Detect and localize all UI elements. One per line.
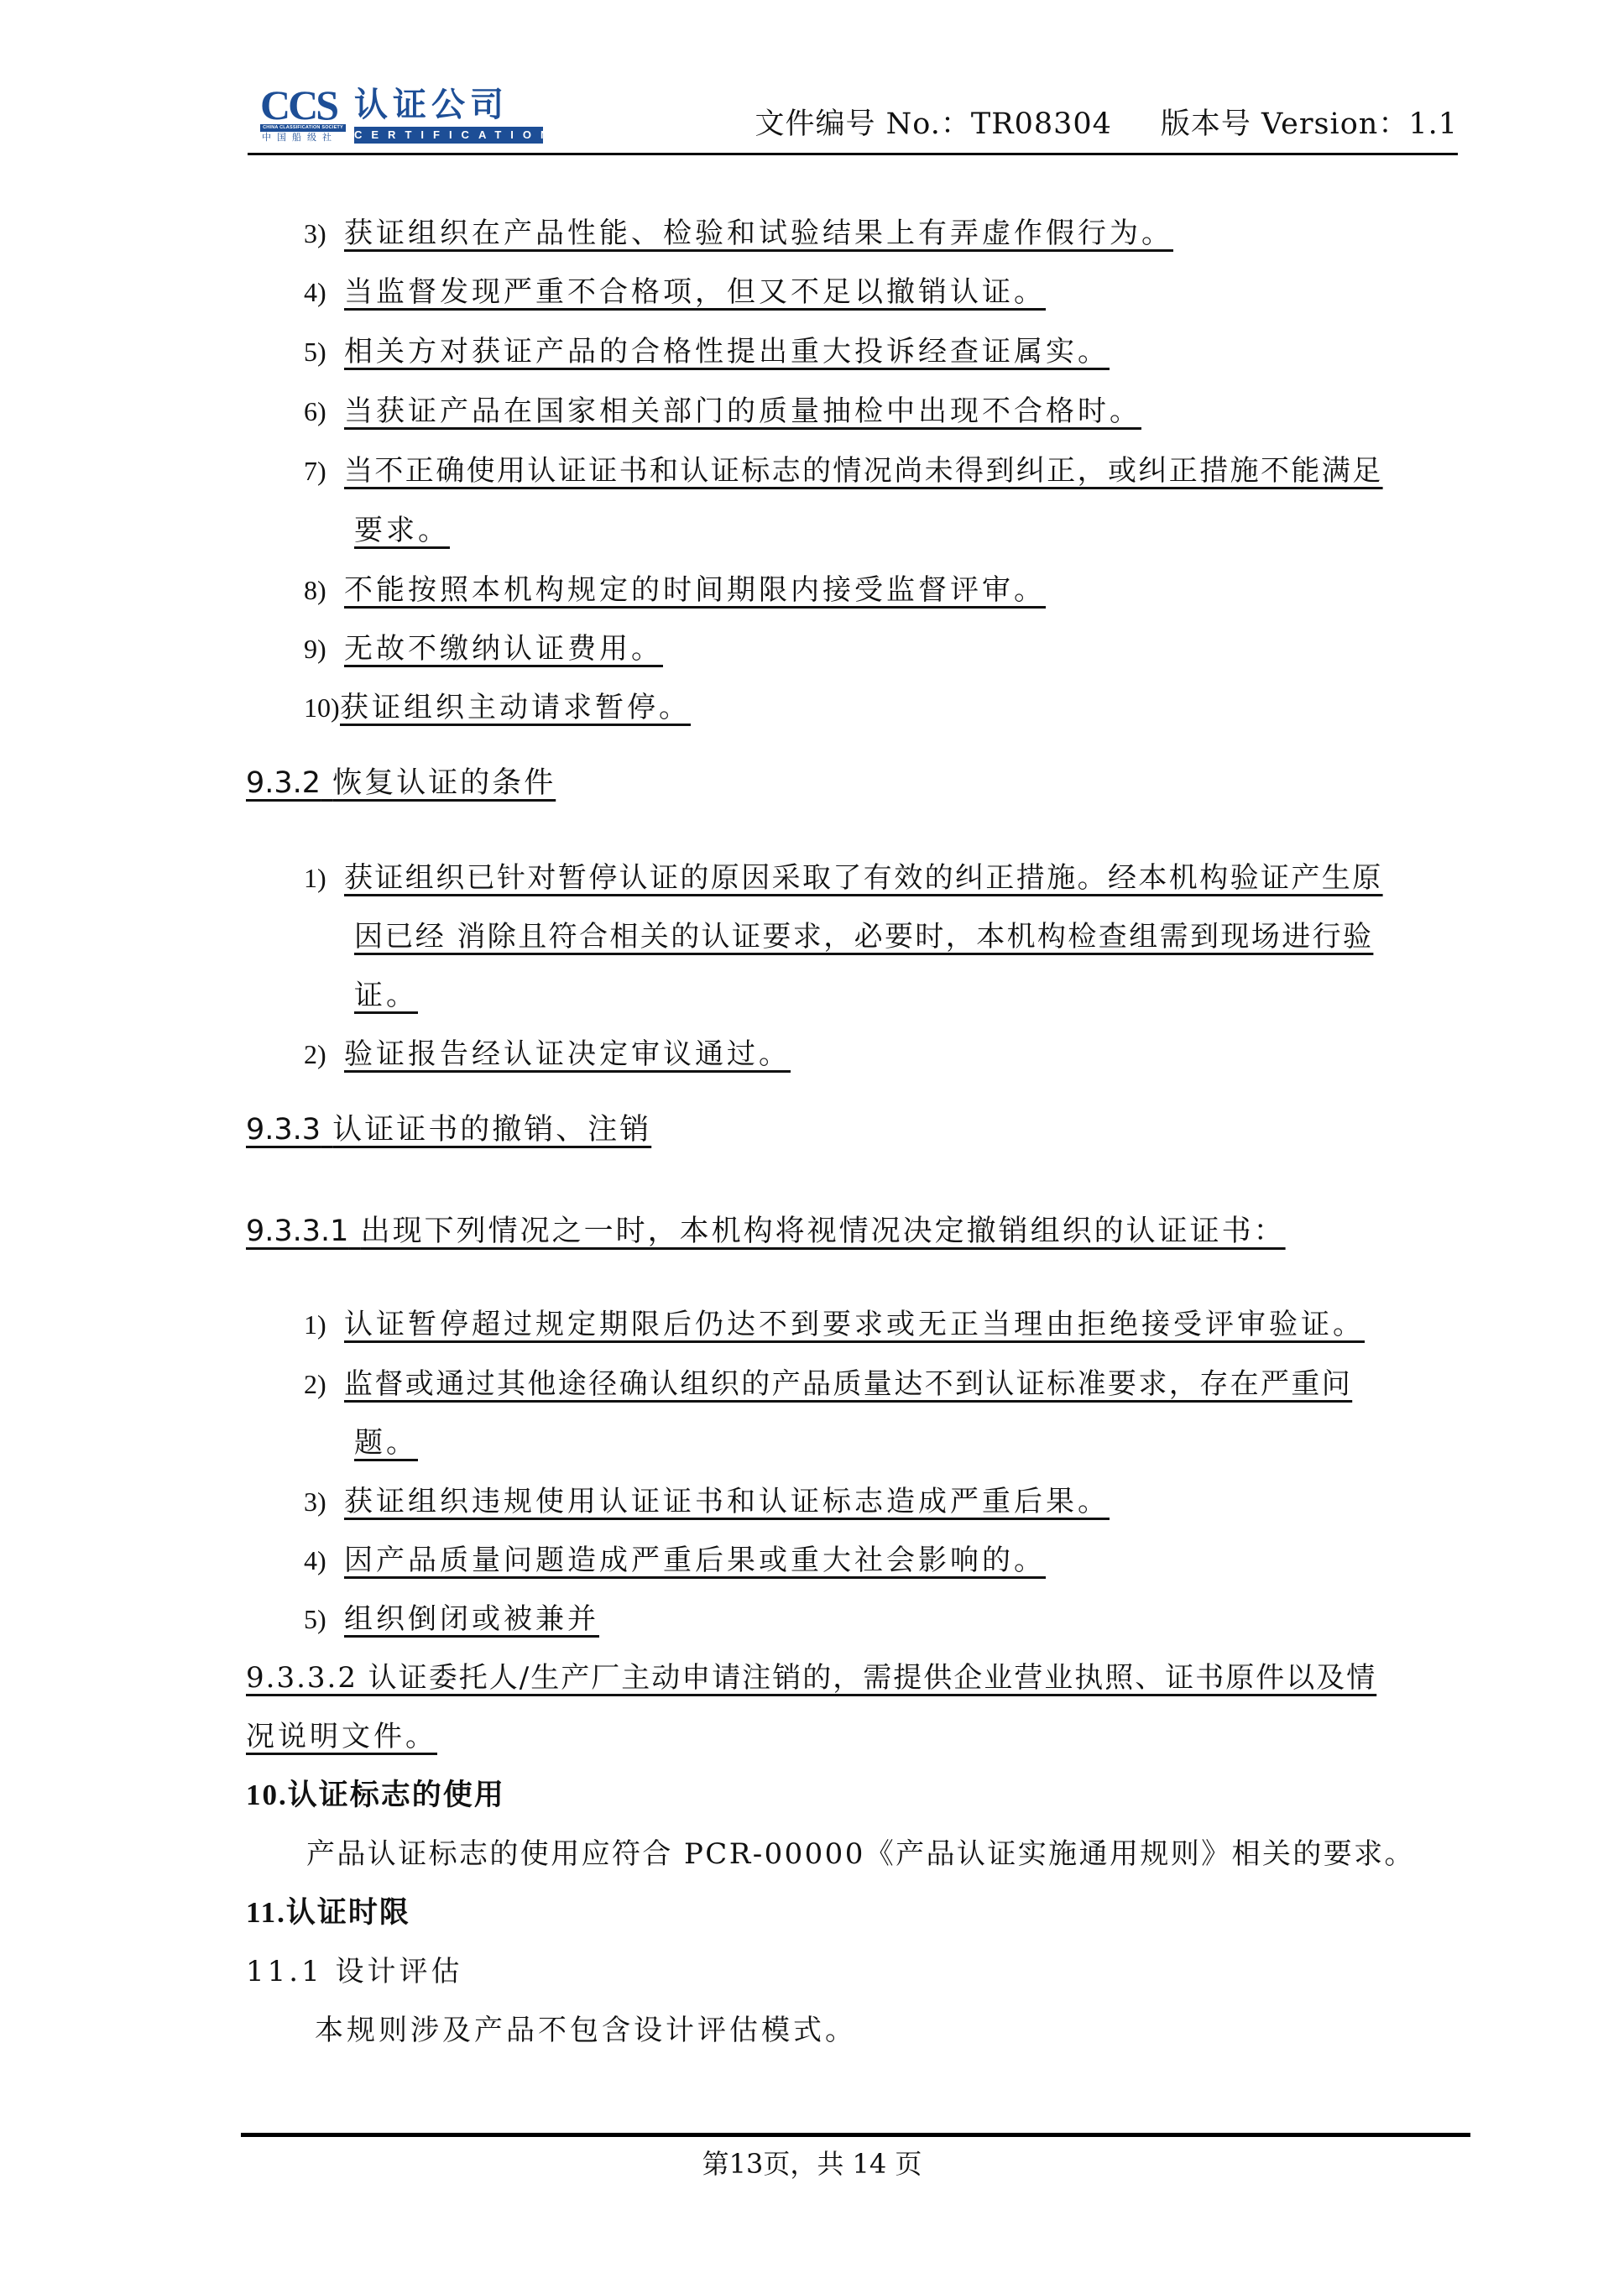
logo-company-en: CERTIFICATION — [354, 127, 543, 144]
section-heading-11: 11.认证时限 — [246, 1895, 410, 1931]
list-item: 无故不缴纳认证费用。 — [344, 631, 663, 666]
section-heading-10: 10.认证标志的使用 — [246, 1778, 505, 1813]
section-10-paragraph: 产品认证标志的使用应符合 PCR-00000《产品认证实施通用规则》相关的要求。 — [306, 1837, 1415, 1872]
list-item: 不能按照本机构规定的时间期限内接受监督评审。 — [344, 572, 1046, 608]
list-item-continuation: 要求。 — [354, 513, 450, 548]
version-number: 1.1 — [1408, 107, 1458, 141]
list-item-continuation: 证。 — [354, 978, 418, 1013]
list-item: 认证暂停超过规定期限后仍达不到要求或无正当理由拒绝接受评审验证。 — [344, 1307, 1365, 1342]
list-number: 2) — [304, 1037, 326, 1072]
logo-society-en: CHINA CLASSIFICATION SOCIETY — [260, 124, 346, 132]
section-9-3-3-2-continuation: 况说明文件。 — [246, 1719, 437, 1754]
list-item: 因产品质量问题造成严重后果或重大社会影响的。 — [344, 1543, 1046, 1578]
list-number: 4) — [304, 1543, 326, 1578]
list-number: 8) — [304, 572, 326, 608]
list-number: 5) — [304, 1601, 326, 1637]
section-title: 恢复认证的条件 — [332, 766, 556, 800]
document-header-info: 文件编号 No.：TR08304版本号 Version：1.1 — [755, 107, 1458, 141]
list-number: 3) — [304, 1484, 326, 1519]
list-number: 10) — [304, 690, 340, 725]
list-number: 7) — [304, 453, 326, 489]
section-title: 认证证书的撤销、注销 — [332, 1113, 651, 1147]
section-title: 认证标志的使用 — [288, 1778, 505, 1812]
list-number: 3) — [304, 216, 326, 251]
logo-ccs-letters: CCS — [260, 86, 337, 123]
list-item: 验证报告经认证决定审议通过。 — [344, 1037, 791, 1072]
section-number: 9.3.3 — [246, 1113, 321, 1147]
section-number: 9.3.3.1 — [246, 1215, 348, 1248]
list-number: 1) — [304, 1307, 326, 1342]
list-item: 当不正确使用认证证书和认证标志的情况尚未得到纠正，或纠正措施不能满足 — [344, 453, 1383, 489]
header-divider — [248, 153, 1458, 155]
list-number: 4) — [304, 274, 326, 310]
footer-divider — [241, 2133, 1470, 2137]
section-11-1-paragraph: 本规则涉及产品不包含设计评估模式。 — [315, 2013, 857, 2048]
section-heading-11-1: 11.1 设计评估 — [246, 1954, 463, 1989]
list-item: 当监督发现严重不合格项，但又不足以撤销认证。 — [344, 274, 1046, 310]
list-item-continuation: 题。 — [354, 1425, 418, 1460]
list-item-continuation: 因已经 消除且符合相关的认证要求，必要时，本机构检查组需到现场进行验 — [354, 919, 1373, 954]
list-item: 组织倒闭或被兼并 — [344, 1601, 599, 1637]
list-item: 获证组织已针对暂停认证的原因采取了有效的纠正措施。经本机构验证产生原 — [344, 860, 1383, 896]
list-number: 9) — [304, 631, 326, 666]
section-heading-9-3-2: 9.3.2 恢复认证的条件 — [246, 765, 556, 801]
list-item: 相关方对获证产品的合格性提出重大投诉经查证属实。 — [344, 334, 1110, 369]
version-label: 版本号 Version： — [1161, 107, 1408, 141]
list-number: 5) — [304, 334, 326, 369]
list-number: 6) — [304, 394, 326, 429]
doc-number: TR08304 — [971, 107, 1112, 141]
logo-society-cn: 中国船级社 — [262, 132, 337, 144]
list-item: 监督或通过其他途径确认组织的产品质量达不到认证标准要求，存在严重问 — [344, 1366, 1352, 1402]
list-item: 获证组织主动请求暂停。 — [340, 690, 691, 725]
list-number: 1) — [304, 860, 326, 896]
section-number: 10. — [246, 1779, 288, 1811]
list-number: 2) — [304, 1366, 326, 1402]
company-logo: CCS CHINA CLASSIFICATION SOCIETY 中国船级社 认… — [260, 86, 550, 145]
section-heading-9-3-3-1: 9.3.3.1 出现下列情况之一时，本机构将视情况决定撤销组织的认证证书： — [246, 1214, 1286, 1249]
section-title: 出现下列情况之一时，本机构将视情况决定撤销组织的认证证书： — [361, 1215, 1286, 1248]
section-number: 9.3.2 — [246, 766, 321, 800]
section-number: 11. — [246, 1896, 286, 1929]
list-item: 获证组织在产品性能、检验和试验结果上有弄虚作假行为。 — [344, 216, 1173, 251]
doc-number-label: 文件编号 No.： — [755, 107, 971, 141]
page-number: 第13页，共 14 页 — [0, 2147, 1624, 2181]
logo-company-cn: 认证公司 — [354, 86, 509, 123]
section-title: 认证时限 — [286, 1895, 410, 1930]
list-item: 获证组织违规使用认证证书和认证标志造成严重后果。 — [344, 1484, 1110, 1519]
section-heading-9-3-3: 9.3.3 认证证书的撤销、注销 — [246, 1112, 651, 1147]
section-9-3-3-2-text: 9.3.3.2 认证委托人/生产厂主动申请注销的，需提供企业营业执照、证书原件以… — [246, 1660, 1376, 1695]
list-item: 当获证产品在国家相关部门的质量抽检中出现不合格时。 — [344, 394, 1141, 429]
